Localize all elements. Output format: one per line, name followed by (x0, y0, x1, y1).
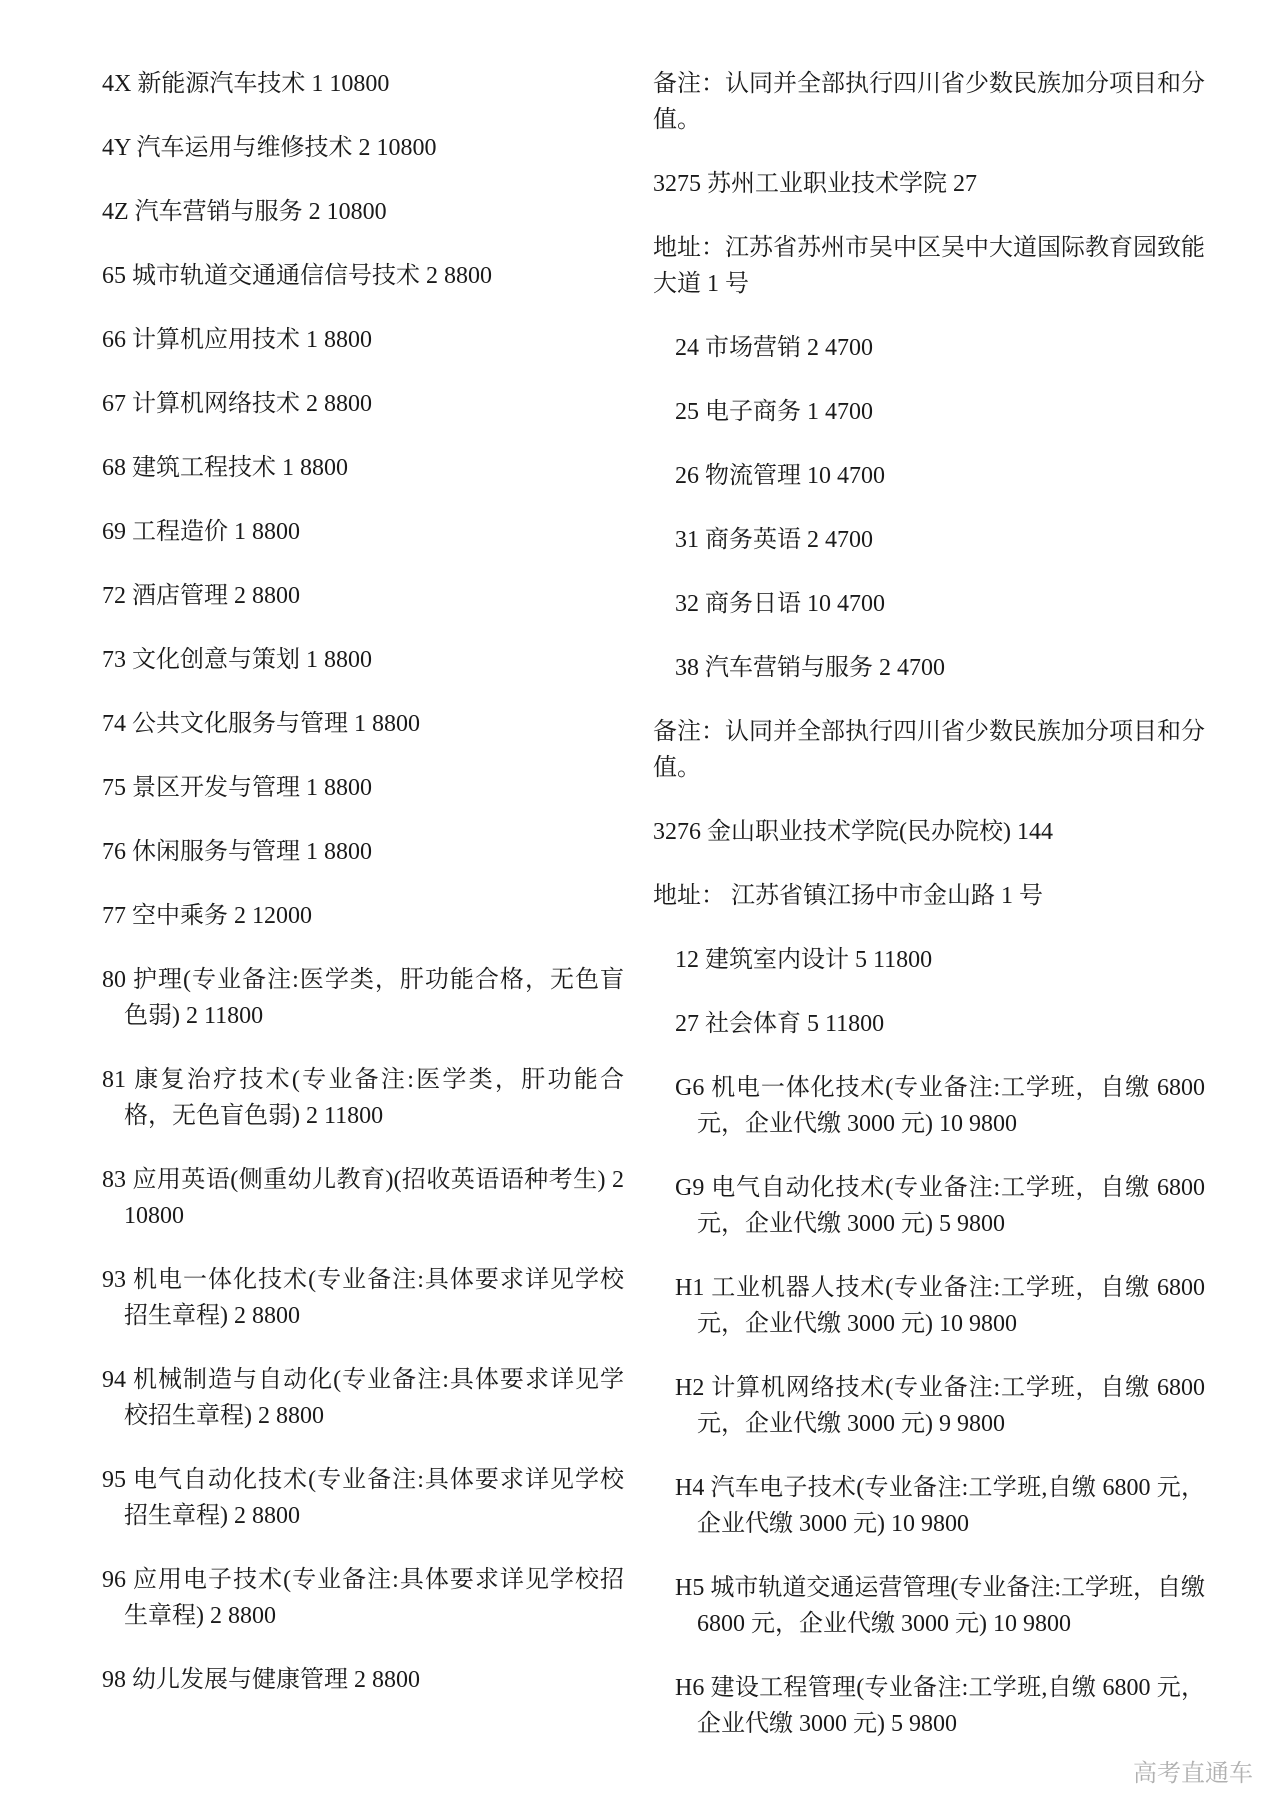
major-entry: 69 工程造价 1 8800 (102, 514, 624, 550)
major-entry: 72 酒店管理 2 8800 (102, 578, 624, 614)
major-entry: H6 建设工程管理(专业备注:工学班,自缴 6800 元，企业代缴 3000 元… (675, 1670, 1205, 1742)
watermark: 高考直通车 (1133, 1760, 1253, 1788)
major-entry: 65 城市轨道交通通信信号技术 2 8800 (102, 258, 624, 294)
major-entry: H2 计算机网络技术(专业备注:工学班，自缴 6800 元，企业代缴 3000 … (675, 1370, 1205, 1442)
major-entry: 80 护理(专业备注:医学类，肝功能合格，无色盲色弱) 2 11800 (102, 962, 624, 1034)
left-column: 4X 新能源汽车技术 1 108004Y 汽车运用与维修技术 2 108004Z… (102, 66, 624, 1726)
major-entry: H1 工业机器人技术(专业备注:工学班，自缴 6800 元，企业代缴 3000 … (675, 1270, 1205, 1342)
major-entry: 4X 新能源汽车技术 1 10800 (102, 66, 624, 102)
major-entry: 77 空中乘务 2 12000 (102, 898, 624, 934)
remark-note: 备注：认同并全部执行四川省少数民族加分项目和分值。 (653, 714, 1205, 786)
major-entry: 4Y 汽车运用与维修技术 2 10800 (102, 130, 624, 166)
major-entry: 76 休闲服务与管理 1 8800 (102, 834, 624, 870)
major-entry: 73 文化创意与策划 1 8800 (102, 642, 624, 678)
major-entry: 4Z 汽车营销与服务 2 10800 (102, 194, 624, 230)
major-entry: H4 汽车电子技术(专业备注:工学班,自缴 6800 元，企业代缴 3000 元… (675, 1470, 1205, 1542)
major-entry: 81 康复治疗技术(专业备注:医学类，肝功能合格，无色盲色弱) 2 11800 (102, 1062, 624, 1134)
major-entry: 75 景区开发与管理 1 8800 (102, 770, 624, 806)
major-entry: 66 计算机应用技术 1 8800 (102, 322, 624, 358)
document-page: 4X 新能源汽车技术 1 108004Y 汽车运用与维修技术 2 108004Z… (0, 0, 1280, 1810)
major-entry: 24 市场营销 2 4700 (675, 330, 1205, 366)
right-column: 备注：认同并全部执行四川省少数民族加分项目和分值。3275 苏州工业职业技术学院… (653, 66, 1205, 1770)
major-entry: 83 应用英语(侧重幼儿教育)(招收英语语种考生) 2 10800 (102, 1162, 624, 1234)
major-entry: 12 建筑室内设计 5 11800 (675, 942, 1205, 978)
major-entry: 95 电气自动化技术(专业备注:具体要求详见学校招生章程) 2 8800 (102, 1462, 624, 1534)
school-header: 3275 苏州工业职业技术学院 27 (653, 166, 1205, 202)
school-address: 地址：江苏省苏州市吴中区吴中大道国际教育园致能大道 1 号 (653, 230, 1205, 302)
major-entry: 98 幼儿发展与健康管理 2 8800 (102, 1662, 624, 1698)
major-entry: 68 建筑工程技术 1 8800 (102, 450, 624, 486)
major-entry: 96 应用电子技术(专业备注:具体要求详见学校招生章程) 2 8800 (102, 1562, 624, 1634)
major-entry: 27 社会体育 5 11800 (675, 1006, 1205, 1042)
major-entry: 94 机械制造与自动化(专业备注:具体要求详见学校招生章程) 2 8800 (102, 1362, 624, 1434)
major-entry: 31 商务英语 2 4700 (675, 522, 1205, 558)
major-entry: 74 公共文化服务与管理 1 8800 (102, 706, 624, 742)
major-entry: 93 机电一体化技术(专业备注:具体要求详见学校招生章程) 2 8800 (102, 1262, 624, 1334)
major-entry: G6 机电一体化技术(专业备注:工学班，自缴 6800 元，企业代缴 3000 … (675, 1070, 1205, 1142)
major-entry: G9 电气自动化技术(专业备注:工学班，自缴 6800 元，企业代缴 3000 … (675, 1170, 1205, 1242)
major-entry: 38 汽车营销与服务 2 4700 (675, 650, 1205, 686)
remark-note: 备注：认同并全部执行四川省少数民族加分项目和分值。 (653, 66, 1205, 138)
major-entry: 67 计算机网络技术 2 8800 (102, 386, 624, 422)
major-entry: 32 商务日语 10 4700 (675, 586, 1205, 622)
school-address: 地址： 江苏省镇江扬中市金山路 1 号 (653, 878, 1205, 914)
major-entry: 26 物流管理 10 4700 (675, 458, 1205, 494)
major-entry: H5 城市轨道交通运营管理(专业备注:工学班，自缴 6800 元，企业代缴 30… (675, 1570, 1205, 1642)
school-header: 3276 金山职业技术学院(民办院校) 144 (653, 814, 1205, 850)
major-entry: 25 电子商务 1 4700 (675, 394, 1205, 430)
